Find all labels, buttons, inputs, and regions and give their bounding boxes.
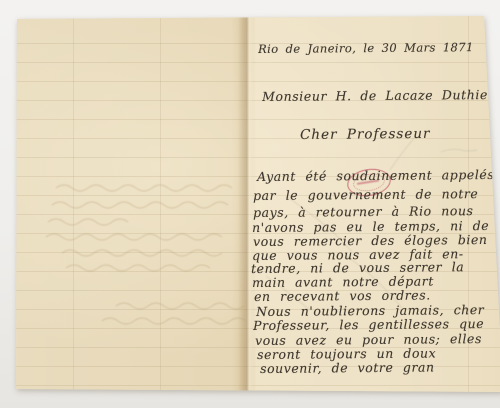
handwritten-line: Ayant été soudainement appelés: [257, 167, 494, 184]
scanned-letter-photo: Rio de Janeiro, le 30 Mars 1871 Monsieur…: [0, 0, 500, 408]
recipient-line: Monsieur H. de Lacaze Duthiers: [262, 87, 500, 104]
handwritten-line: souvenir, de votre gran: [260, 359, 435, 376]
handwritten-line: en recevant vos ordres.: [254, 287, 431, 304]
letter-paper: Rio de Janeiro, le 30 Mars 1871 Monsieur…: [16, 16, 500, 393]
dateline: Rio de Janeiro, le 30 Mars 1871: [258, 40, 474, 56]
handwritten-line: par le gouvernement de notre: [253, 186, 478, 203]
salutation: Cher Professeur: [300, 126, 431, 143]
